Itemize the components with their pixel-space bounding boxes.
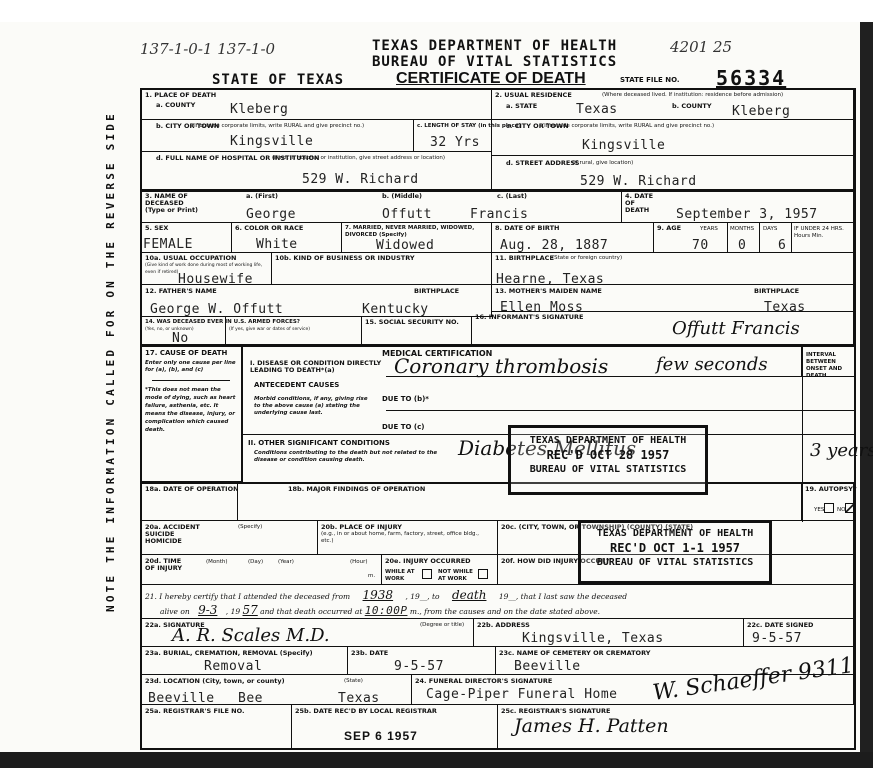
location-city-value: Beeville [148, 691, 215, 706]
sex-value: FEMALE [143, 237, 193, 252]
age-months-value: 0 [738, 238, 746, 253]
while-at-work-checkbox[interactable] [422, 569, 432, 579]
field-age-days: DAYS 6 [760, 223, 792, 253]
field-operation-date: 18a. DATE OF OPERATION [142, 483, 238, 521]
burial-type-value: Removal [204, 659, 262, 674]
father-name-value: George W. Offutt [150, 302, 283, 317]
death-city-value: Kingsville [230, 134, 313, 149]
physician-signature: A. R. Scales M.D. [172, 625, 330, 646]
cause-a-value: Coronary thrombosis [394, 354, 608, 378]
field-injury-occurred: 20e. INJURY OCCURRED WHILE AT WORK NOT W… [382, 555, 498, 585]
scan-right-edge [860, 22, 873, 768]
state-file-no-label: STATE FILE NO. [620, 77, 680, 84]
field-armed-service-dates: (If yes, give war or dates of service) [226, 317, 362, 345]
received-stamp-1: TEXAS DEPARTMENT OF HEALTH REC'D OCT 28 … [508, 425, 708, 495]
funeral-home-value: Cage-Piper Funeral Home [426, 687, 618, 702]
attended-from: 1938 [353, 588, 404, 602]
field-marital-status: 7. MARRIED, NEVER MARRIED, WIDOWED, DIVO… [342, 223, 492, 253]
marital-value: Widowed [376, 238, 434, 253]
certificate-form: 1. PLACE OF DEATH a. COUNTY Kleberg b. C… [140, 88, 856, 750]
field-mother: 13. MOTHER'S MAIDEN NAME BIRTHPLACE Elle… [492, 285, 854, 312]
length-of-stay-value: 32 Yrs [430, 135, 480, 150]
received-stamp-2: TEXAS DEPARTMENT OF HEALTH REC'D OCT 1-1… [578, 520, 772, 584]
field-physician-address: 22b. ADDRESS Kingsville, Texas [474, 619, 744, 647]
field-residence-street: d. STREET ADDRESS (If rural, give locati… [492, 156, 854, 190]
residence-state-value: Texas [576, 102, 618, 117]
field-time-of-injury: 20d. TIME OF INJURY (Month) (Day) (Year)… [142, 555, 382, 585]
document-title: CERTIFICATE OF DEATH [396, 70, 586, 88]
state-file-number: 56334 [716, 66, 786, 90]
not-at-work-checkbox[interactable] [478, 569, 488, 579]
field-sex: 5. SEX FEMALE [142, 223, 232, 253]
informant-signature: Offutt Francis [672, 318, 800, 339]
field-father: 12. FATHER'S NAME BIRTHPLACE George W. O… [142, 285, 492, 317]
field-date-of-birth: 8. DATE OF BIRTH Aug. 28, 1887 [492, 223, 654, 253]
last-seen-year: 57 [243, 603, 258, 617]
date-received-value: SEP 6 1957 [344, 729, 418, 743]
field-occupation: 10a. USUAL OCCUPATION (Give kind of work… [142, 253, 272, 285]
age-years-value: 70 [692, 238, 709, 253]
registrar-signature: James H. Patten [514, 715, 669, 737]
field-date-signed: 22c. DATE SIGNED 9-5-57 [744, 619, 854, 647]
field-age-under-24: IF UNDER 24 HRS. Hours Min. [792, 223, 854, 253]
cause-a-interval: few seconds [656, 354, 768, 375]
physician-address-value: Kingsville, Texas [522, 631, 664, 646]
field-age-years: 9. AGE YEARS 70 [654, 223, 728, 253]
field-death-city: b. CITY OR TOWN (If outside corporate li… [142, 120, 414, 152]
field-birthplace: 11. BIRTHPLACE (State or foreign country… [492, 253, 854, 285]
field-date-received: 25b. DATE REC'D BY LOCAL REGISTRAR SEP 6… [292, 705, 498, 750]
field-burial-type: 23a. BURIAL, CREMATION, REMOVAL (Specify… [142, 647, 348, 675]
file-code-handwritten: 137-1-0-1 137-1-0 [140, 40, 275, 58]
field-cause-of-death-instructions: 17. CAUSE OF DEATH Enter only one cause … [142, 346, 242, 482]
first-name-value: George [246, 207, 296, 222]
burial-date-value: 9-5-57 [394, 659, 444, 674]
autopsy-no-checkbox-checked[interactable] [845, 503, 855, 513]
race-value: White [256, 237, 298, 252]
autopsy-yes-checkbox[interactable] [824, 503, 834, 513]
state-title: STATE OF TEXAS [212, 72, 344, 88]
field-social-security: 15. SOCIAL SECURITY NO. [362, 317, 472, 345]
scan-top-margin [0, 0, 873, 22]
field-accident-type: 20a. ACCIDENT SUICIDE HOMICIDE (Specify) [142, 521, 318, 555]
hospital-value: 529 W. Richard [302, 172, 419, 187]
location-county-value: Bee [238, 691, 263, 706]
residence-county-value: Kleberg [732, 104, 790, 119]
attended-to: death [442, 588, 497, 602]
bureau-title: BUREAU OF VITAL STATISTICS [372, 54, 617, 70]
date-of-death-value: September 3, 1957 [676, 207, 818, 222]
residence-street-value: 529 W. Richard [580, 174, 697, 189]
last-name-value: Francis [470, 207, 528, 222]
field-date-of-death: 4. DATE OF DEATH September 3, 1957 [622, 191, 854, 223]
dob-value: Aug. 28, 1887 [500, 238, 608, 253]
location-state-value: Texas [338, 691, 380, 706]
field-length-of-stay: c. LENGTH OF STAY (in this place) 32 Yrs [414, 120, 492, 152]
scan-bottom-edge [0, 752, 873, 768]
field-age-months: MONTHS 0 [728, 223, 760, 253]
agency-title: TEXAS DEPARTMENT OF HEALTH [372, 38, 617, 54]
field-armed-forces: 14. WAS DECEASED EVER IN U.S. ARMED FORC… [142, 317, 226, 345]
field-residence-city: c. CITY OR TOWN (If outside corporate li… [492, 120, 854, 156]
father-birthplace-value: Kentucky [362, 302, 429, 317]
field-registrar-file-no: 25a. REGISTRAR'S FILE NO. [142, 705, 292, 750]
armed-forces-value: No [172, 331, 189, 346]
field-autopsy: 19. AUTOPSY? YES NO [802, 483, 854, 521]
age-days-value: 6 [778, 238, 786, 253]
file-code-right-handwritten: 4201 25 [670, 38, 732, 56]
field-hospital: d. FULL NAME OF HOSPITAL OR INSTITUTION … [142, 152, 492, 190]
death-county-value: Kleberg [230, 102, 288, 117]
other-conditions-interval: 3 years [810, 440, 873, 461]
last-seen-alive: 9-3 [192, 603, 223, 617]
middle-name-value: Offutt [382, 207, 432, 222]
field-registrar-signature: 25c. REGISTRAR'S SIGNATURE James H. Patt… [498, 705, 854, 750]
field-burial-location: 23d. LOCATION (City, town, or county) (S… [142, 675, 412, 705]
field-physician-certification: 21. I hereby certify that I attended the… [142, 585, 854, 619]
field-place-of-injury: 20b. PLACE OF INJURY (e.g., in or about … [318, 521, 498, 555]
cemetery-value: Beeville [514, 659, 581, 674]
field-burial-date: 23b. DATE 9-5-57 [348, 647, 496, 675]
field-physician-signature: 22a. SIGNATURE (Degree or title) A. R. S… [142, 619, 474, 647]
field-race: 6. COLOR OR RACE White [232, 223, 342, 253]
field-informant-signature: 16. INFORMANT'S SIGNATURE Offutt Francis [472, 312, 854, 345]
residence-city-value: Kingsville [582, 138, 665, 153]
reverse-side-note: NOTE THE INFORMATION CALLED FOR ON THE R… [104, 111, 117, 612]
field-deceased-name: 3. NAME OF DECEASED (Type or Print) a. (… [142, 191, 622, 223]
field-cause-a: I. DISEASE OR CONDITION DIRECTLY LEADING… [242, 346, 802, 376]
field-funeral-director: 24. FUNERAL DIRECTOR'S SIGNATURE Cage-Pi… [412, 675, 854, 705]
field-residence-state-county: 2. USUAL RESIDENCE (Where deceased lived… [492, 90, 854, 120]
date-signed-value: 9-5-57 [752, 631, 802, 646]
time-of-death: 10:00P [365, 604, 408, 617]
field-death-county: 1. PLACE OF DEATH a. COUNTY Kleberg [142, 90, 492, 120]
field-business: 10b. KIND OF BUSINESS OR INDUSTRY [272, 253, 492, 285]
